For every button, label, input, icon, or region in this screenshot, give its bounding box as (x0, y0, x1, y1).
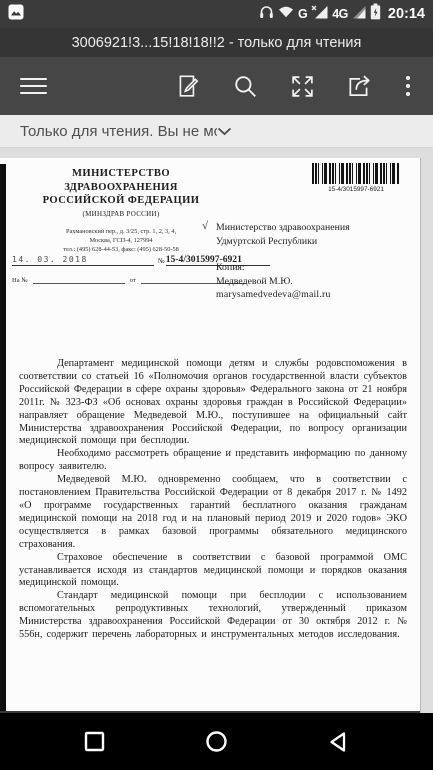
barcode-block: 15-4/3015997-6921 (312, 163, 400, 193)
menu-icon[interactable] (20, 78, 47, 95)
recents-icon[interactable] (73, 720, 117, 764)
ministry-name-line: РОССИЙСКОЙ ФЕДЕРАЦИИ (26, 194, 216, 208)
addressee-block: √ Министерство здравоохранения Удмуртско… (216, 221, 411, 302)
ministry-name-line: МИНИСТЕРСТВО (26, 167, 216, 181)
ref-blank-line (33, 276, 125, 284)
wifi-icon (278, 5, 294, 23)
phone-screen: G 4G 20:14 3006921!3...15!18!18!!2 - тол… (0, 0, 433, 770)
share-icon[interactable] (346, 73, 372, 99)
android-nav-bar (0, 713, 433, 770)
headphones-icon (259, 4, 274, 24)
address-line: Москва, ГСП-4, 127994 (26, 236, 216, 245)
screenshot-thumbnail-icon (8, 4, 24, 25)
overflow-menu-icon[interactable] (403, 73, 413, 99)
ministry-name-line: ЗДРАВООХРАНЕНИЯ (26, 181, 216, 195)
ref-ot-label: от (130, 277, 136, 284)
copy-email: marysamedvedeva@mail.ru (216, 288, 411, 302)
addressee-line: Удмуртской Республики (216, 235, 411, 249)
signal-triangle-icon (352, 5, 366, 24)
signal-triangle-x-icon (311, 5, 328, 24)
date-stamp: 14. 03. 2018 (12, 255, 88, 264)
letterhead-ministry-block: МИНИСТЕРСТВО ЗДРАВООХРАНЕНИЯ РОССИЙСКОЙ … (26, 167, 216, 254)
number-sign-label: № (158, 257, 165, 265)
body-paragraph: Департамент медицинской помощи детям и с… (19, 358, 407, 448)
reference-line: На № от (12, 276, 246, 284)
address-line: тел.: (495) 628-44-53, факс: (495) 628-5… (26, 245, 216, 254)
status-bar-notifications (8, 4, 24, 25)
readonly-message: Только для чтения. Вы не можете сохр... (20, 123, 217, 140)
battery-charging-icon (370, 3, 381, 25)
chevron-down-icon[interactable] (217, 123, 414, 140)
fullscreen-icon[interactable] (289, 73, 315, 99)
toolbar (0, 57, 433, 115)
home-icon[interactable] (195, 720, 239, 764)
copy-label: Копия: (216, 261, 411, 275)
readonly-banner[interactable]: Только для чтения. Вы не можете сохр... (0, 115, 433, 148)
back-icon[interactable] (317, 720, 361, 764)
barcode-icon (312, 163, 400, 184)
address-line: Рахмановский пер., д. 3/25, стр. 1, 2, 3… (26, 227, 216, 236)
ministry-short-name: (МИНЗДРАВ РОССИИ) (26, 210, 216, 218)
ministry-address: Рахмановский пер., д. 3/25, стр. 1, 2, 3… (26, 227, 216, 254)
network-type-2g-label: G (298, 7, 307, 21)
body-paragraph: Медведевой М.Ю. одновременно сообщаем, ч… (19, 474, 407, 551)
letter-body: Департамент медицинской помощи детям и с… (19, 358, 407, 642)
document-page: МИНИСТЕРСТВО ЗДРАВООХРАНЕНИЯ РОССИЙСКОЙ … (0, 158, 421, 713)
barcode-number: 15-4/3015997-6921 (312, 186, 400, 193)
copy-block: Копия: Медведевой М.Ю. marysamedvedeva@m… (216, 261, 411, 302)
document-title-bar: 3006921!3...15!18!18!!2 - только для чте… (0, 28, 433, 57)
search-icon[interactable] (232, 73, 258, 99)
body-paragraph: Необходимо рассмотреть обращение и предс… (19, 448, 407, 474)
document-title: 3006921!3...15!18!18!!2 - только для чте… (72, 35, 362, 51)
toolbar-actions (175, 73, 413, 99)
network-type-4g-label: 4G (332, 7, 348, 21)
status-bar-system-icons: G 4G 20:14 (259, 3, 425, 25)
copy-name: Медведевой М.Ю. (216, 275, 411, 289)
status-bar[interactable]: G 4G 20:14 (0, 0, 433, 28)
clock: 20:14 (388, 6, 425, 22)
document-viewer[interactable]: МИНИСТЕРСТВО ЗДРАВООХРАНЕНИЯ РОССИЙСКОЙ … (0, 149, 433, 713)
edit-icon[interactable] (175, 73, 201, 99)
handwritten-checkmark: √ (202, 220, 208, 234)
addressee-line: Министерство здравоохранения (216, 221, 411, 235)
ref-na-label: На № (12, 277, 28, 284)
page-scan-edge (0, 164, 6, 713)
body-paragraph: Стандарт медицинской помощи при бесплоди… (19, 590, 407, 642)
body-paragraph: Страховое обеспечение в соответствии с б… (19, 552, 407, 591)
